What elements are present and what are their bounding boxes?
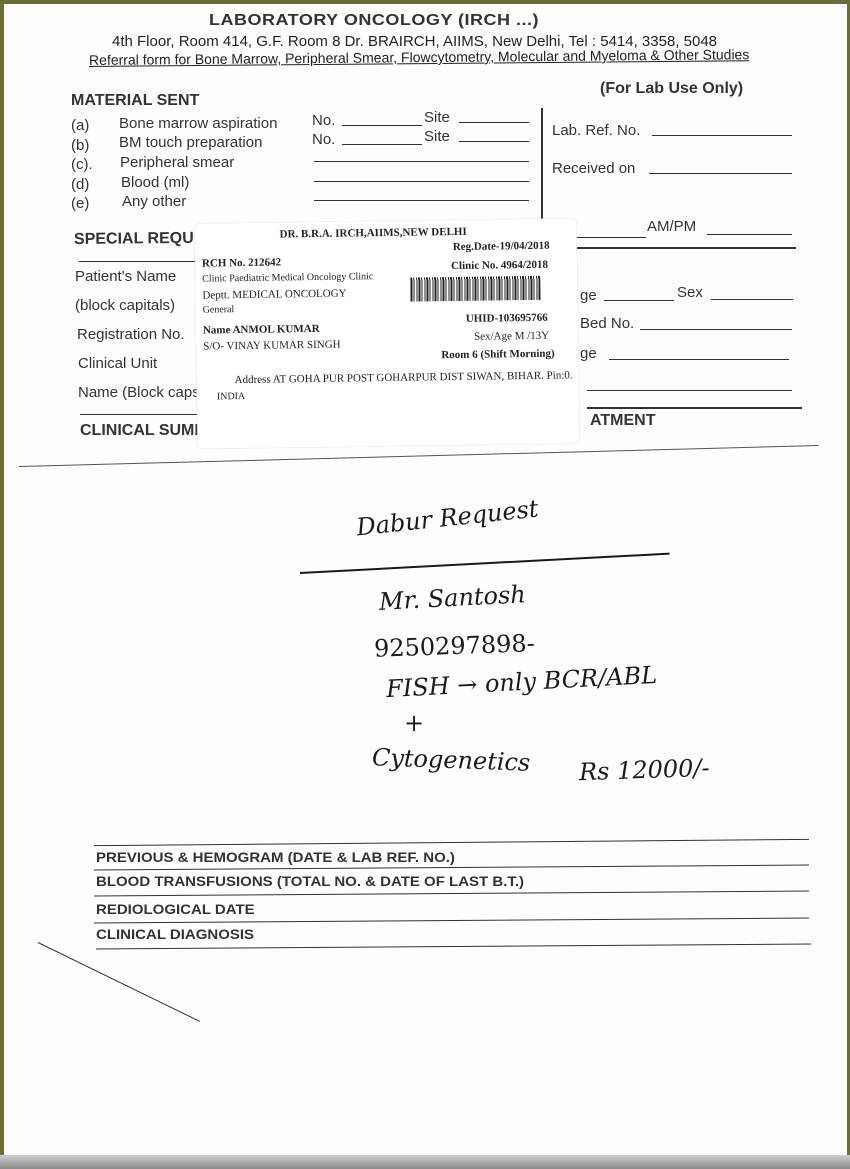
received-on-field[interactable] xyxy=(649,173,792,174)
clinical-diagnosis-field[interactable] xyxy=(96,944,811,950)
referral-form-page: LABORATORY ONCOLOGY (IRCH ...) 4th Floor… xyxy=(4,4,847,1162)
previous-hemogram-label: PREVIOUS & HEMOGRAM (DATE & LAB REF. NO.… xyxy=(96,849,455,865)
material-b-site-label: Site xyxy=(424,128,450,145)
age-label: ge xyxy=(580,287,597,304)
sticker-institution: DR. B.R.A. IRCH,AIIMS,NEW DELHI xyxy=(280,226,467,241)
lab-use-heading: (For Lab Use Only) xyxy=(600,80,743,98)
material-a-site-field[interactable] xyxy=(459,122,529,123)
age2-field[interactable] xyxy=(609,359,789,360)
sex-label: Sex xyxy=(677,284,703,301)
sticker-relation: S/O- VINAY KUMAR SINGH xyxy=(203,339,341,353)
material-c-label: Peripheral smear xyxy=(120,154,234,171)
material-e-field[interactable] xyxy=(314,200,529,201)
blood-transfusions-field[interactable] xyxy=(94,891,809,897)
handwritten-request: Dabur Request xyxy=(355,495,540,542)
registration-no-label: Registration No. xyxy=(77,326,185,343)
sticker-name: Name ANMOL KUMAR xyxy=(203,323,320,337)
sticker-clinic: Clinic Paediatric Medical Oncology Clini… xyxy=(202,271,373,284)
lab-use-rule xyxy=(576,247,796,249)
patient-sticker: DR. B.R.A. IRCH,AIIMS,NEW DELHI Reg.Date… xyxy=(194,218,579,448)
bed-no-label: Bed No. xyxy=(580,315,634,332)
patient-name-label: Patient's Name xyxy=(75,268,176,285)
clinical-unit-label: Clinical Unit xyxy=(78,355,157,372)
age-field[interactable] xyxy=(604,300,674,301)
material-a-letter: (a) xyxy=(71,117,89,134)
block-capitals-label: (block capitals) xyxy=(75,297,175,314)
handwritten-cytogenetics: Cytogenetics xyxy=(372,743,531,777)
material-b-site-field[interactable] xyxy=(459,141,529,142)
material-d-letter: (d) xyxy=(71,176,89,193)
sticker-barcode xyxy=(410,276,540,302)
sticker-room: Room 6 (Shift Morning) xyxy=(441,348,555,362)
material-b-label: BM touch preparation xyxy=(119,134,262,151)
fold-line xyxy=(19,445,819,467)
handwritten-phone: 9250297898- xyxy=(374,629,536,663)
ampm-field[interactable] xyxy=(707,234,792,235)
sticker-sex-age: Sex/Age M /13Y xyxy=(474,330,549,343)
right-blank-field-1[interactable] xyxy=(587,390,792,391)
ampm-label: AM/PM xyxy=(647,218,696,235)
material-a-label: Bone marrow aspiration xyxy=(119,115,277,132)
radiological-date-label: REDIOLOGICAL DATE xyxy=(96,901,255,917)
clinical-summary-heading: CLINICAL SUMI xyxy=(80,422,199,440)
material-b-no-field[interactable] xyxy=(342,144,422,145)
sticker-address: Address AT GOHA PUR POST GOHARPUR DIST S… xyxy=(235,369,573,386)
handwritten-plus: + xyxy=(404,709,424,737)
received-time-field[interactable] xyxy=(576,237,646,238)
material-a-site-label: Site xyxy=(424,109,450,126)
age2-label: ge xyxy=(580,345,597,362)
scan-edge-shadow xyxy=(0,1155,850,1169)
clinical-diagnosis-label: CLINICAL DIAGNOSIS xyxy=(96,926,254,942)
sticker-dept: Deptt. MEDICAL ONCOLOGY xyxy=(202,288,346,302)
handwritten-underline xyxy=(300,553,670,574)
material-d-field[interactable] xyxy=(314,181,529,182)
lab-ref-field[interactable] xyxy=(652,135,792,136)
bed-no-field[interactable] xyxy=(640,329,792,330)
material-e-letter: (e) xyxy=(71,195,89,212)
material-a-no-field[interactable] xyxy=(342,125,422,126)
sticker-uhid: UHID-103695766 xyxy=(466,312,548,325)
radiological-date-field[interactable] xyxy=(94,918,809,924)
sex-field[interactable] xyxy=(711,299,793,300)
sticker-country: INDIA xyxy=(217,391,245,402)
bottom-rule-top xyxy=(94,839,809,846)
sticker-category: General xyxy=(203,304,235,315)
material-c-field[interactable] xyxy=(314,161,529,162)
material-a-no-label: No. xyxy=(312,112,335,129)
special-request-field[interactable] xyxy=(79,261,199,262)
name-block-caps-field[interactable] xyxy=(80,414,208,415)
material-b-letter: (b) xyxy=(71,137,89,154)
sticker-clinic-no: Clinic No. 4964/2018 xyxy=(451,259,548,272)
right-rule xyxy=(587,407,802,409)
treatment-heading: ATMENT xyxy=(590,412,655,430)
sticker-reg-date: Reg.Date-19/04/2018 xyxy=(453,240,550,253)
material-b-no-label: No. xyxy=(312,131,335,148)
handwritten-price: Rs 12000/- xyxy=(579,754,710,787)
material-c-letter: (c). xyxy=(71,156,93,173)
sticker-rch-no: RCH No. 212642 xyxy=(202,256,281,269)
lab-ref-label: Lab. Ref. No. xyxy=(552,122,640,139)
received-on-label: Received on xyxy=(552,160,635,177)
lab-title: LABORATORY ONCOLOGY (IRCH ...) xyxy=(209,12,539,30)
pen-stroke xyxy=(38,942,200,1022)
material-d-label: Blood (ml) xyxy=(121,174,189,191)
name-block-caps-label: Name (Block caps xyxy=(78,384,200,401)
material-sent-heading: MATERIAL SENT xyxy=(71,92,199,110)
material-e-label: Any other xyxy=(122,193,186,210)
handwritten-test: FISH → only BCR/ABL xyxy=(385,661,657,703)
blood-transfusions-label: BLOOD TRANSFUSIONS (TOTAL NO. & DATE OF … xyxy=(96,873,524,889)
handwritten-contact-name: Mr. Santosh xyxy=(378,580,526,616)
